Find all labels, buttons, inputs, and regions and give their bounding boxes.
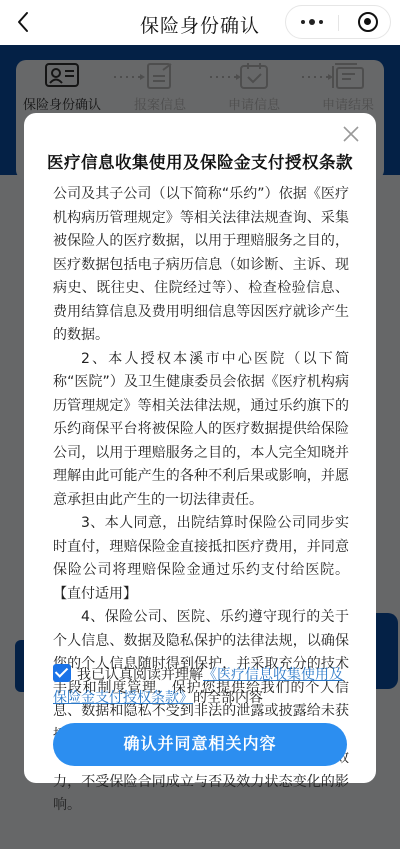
agreement-prefix: 我已认真阅读并理解 (77, 667, 203, 683)
terms-paragraph: 2、本人授权本溪市中心医院（以下简称“医院”）及卫生健康委员会依据《医疗机构病历… (53, 348, 349, 513)
agreement-row: 我已认真阅读并理解《医疗信息收集使用及保险金支付授权条款》的全部内容 (53, 664, 349, 710)
miniprogram-capsule (285, 5, 391, 39)
authorization-modal: 医疗信息收集使用及保险金支付授权条款 公司及其子公司（以下简称“乐约”）依据《医… (24, 113, 376, 783)
close-button[interactable] (342, 125, 360, 143)
modal-title: 医疗信息收集使用及保险金支付授权条款 (24, 149, 376, 173)
capsule-divider (338, 15, 339, 31)
terms-paragraph: 3、本人同意，出院结算时保险公司同步实时直付，理赔保险金直接抵扣医疗费用，并同意… (53, 512, 349, 606)
confirm-agree-button[interactable]: 确认并同意相关内容 (53, 723, 347, 766)
navbar: 保险身份确认 (0, 0, 400, 45)
agreement-suffix: 的全部内容 (193, 690, 263, 706)
terms-paragraph: 公司及其子公司（以下简称“乐约”）依据《医疗机构病历管理规定》等相关法律法规查询… (53, 183, 349, 348)
agree-checkbox[interactable] (53, 664, 71, 682)
record-circle-icon[interactable] (358, 12, 378, 32)
close-icon (342, 125, 360, 143)
more-dots-icon[interactable] (286, 6, 338, 38)
